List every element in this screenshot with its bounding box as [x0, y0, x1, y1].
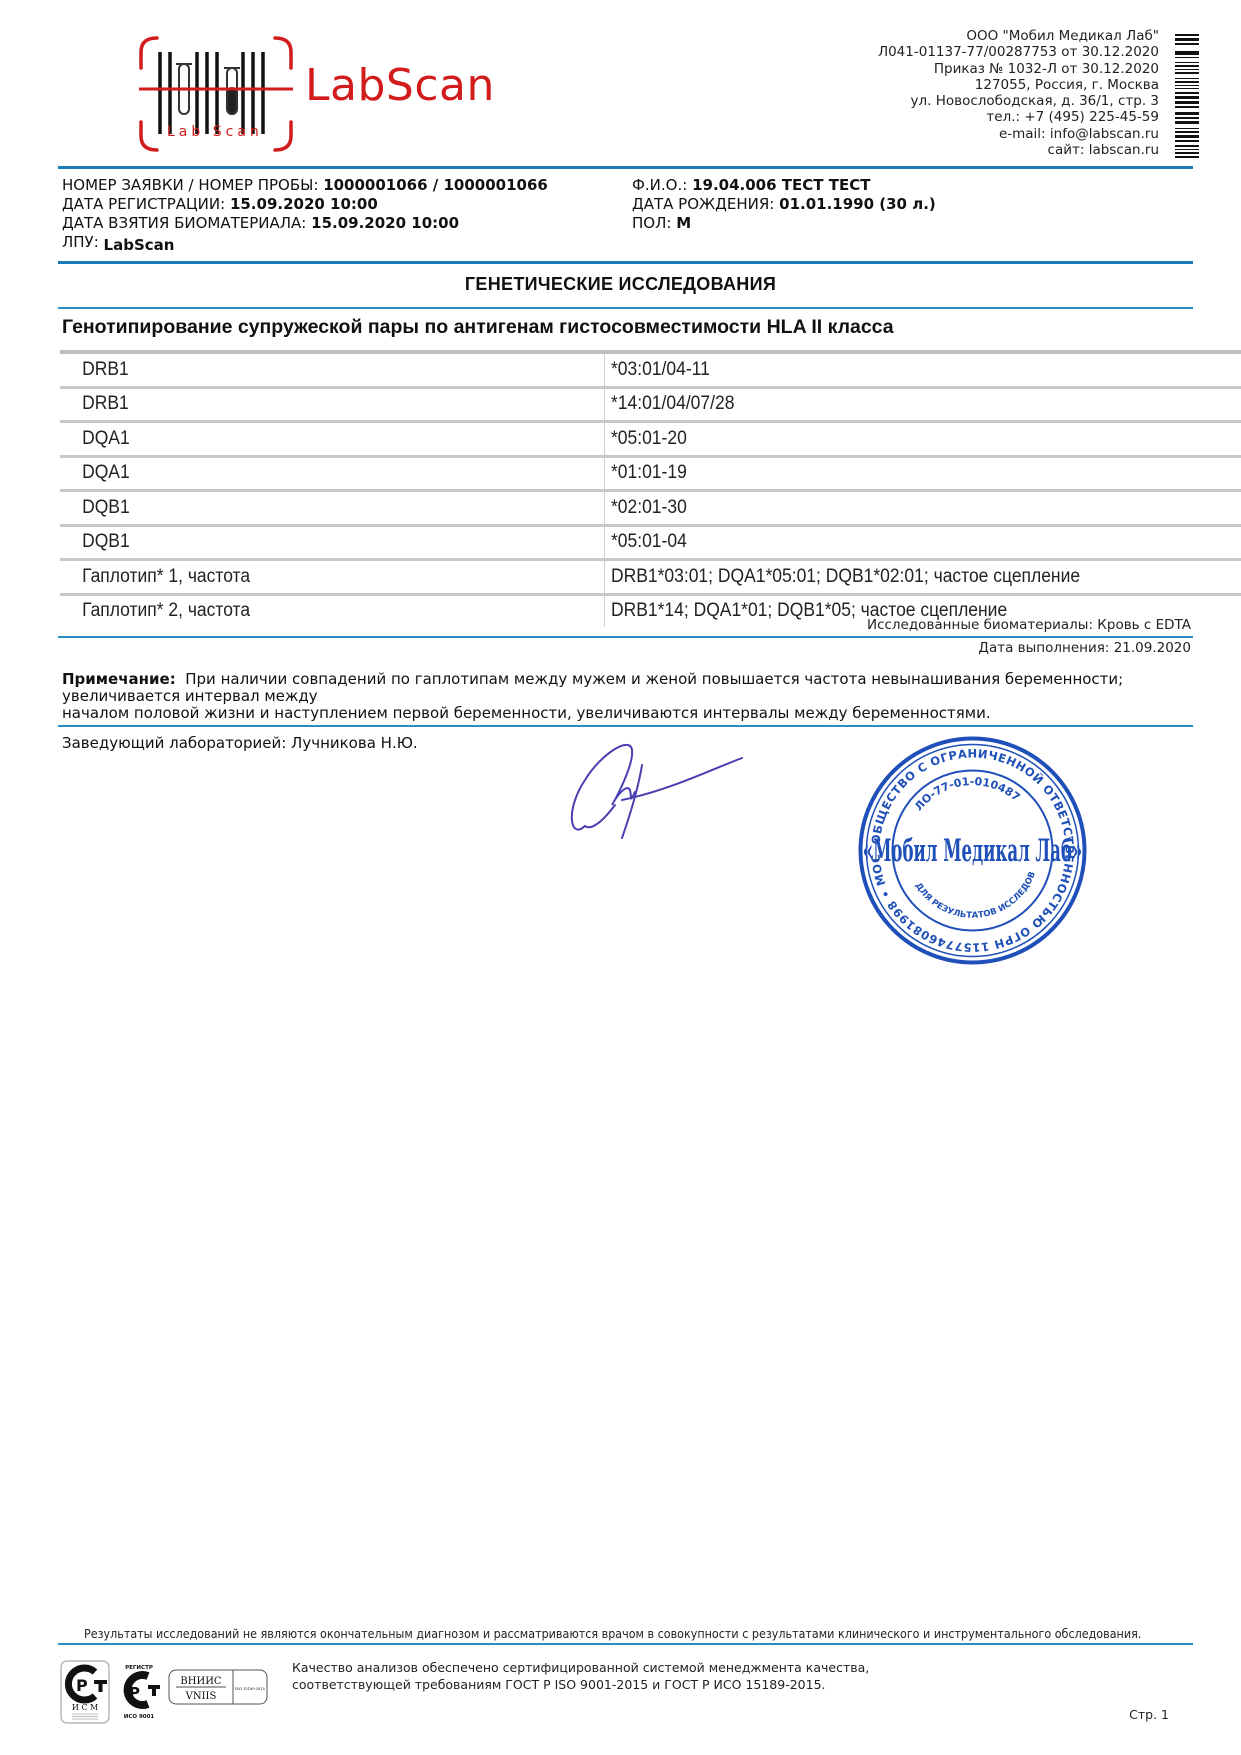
allele-cell: DRB1*03:01; DQA1*05:01; DQB1*02:01; част…: [605, 560, 1191, 595]
disclaimer: Результаты исследований не являются окон…: [84, 1627, 1141, 1641]
section-divider: [58, 307, 1193, 309]
svg-text:ИСО 9001: ИСО 9001: [124, 1714, 155, 1720]
order-number-value: 1000001066 / 1000001066: [323, 176, 548, 194]
logo-brand-text: LabScan: [305, 60, 495, 111]
svg-text:ВНИИС: ВНИИС: [180, 1676, 222, 1687]
results-table: DRB1*03:01/04-11DRB1*14:01/04/07/28DQA1*…: [60, 350, 1241, 627]
rst-certificate-icon: P И С М: [60, 1660, 110, 1724]
patient-name-label: Ф.И.О.:: [632, 176, 687, 194]
company-city: 127055, Россия, г. Москва: [878, 77, 1159, 93]
company-website: сайт: labscan.ru: [878, 142, 1159, 158]
svg-text:«Мобил Медикал Лаб»: «Мобил Медикал Лаб»: [863, 833, 1083, 869]
company-email: e-mail: info@labscan.ru: [878, 126, 1159, 142]
table-row: DQA1*05:01-20: [60, 422, 1241, 457]
patient-info: Ф.И.О.: 19.04.006 ТЕСТ ТЕСТ ДАТА РОЖДЕНИ…: [632, 176, 936, 233]
quality-line-1: Качество анализов обеспечено сертифициро…: [292, 1659, 869, 1676]
sex-value: М: [676, 214, 691, 232]
signature-icon: [560, 730, 790, 880]
barcode-icon: [1175, 34, 1199, 160]
company-phone: тел.: +7 (495) 225-45-59: [878, 109, 1159, 125]
table-row: DQB1*05:01-04: [60, 525, 1241, 560]
note-label: Примечание:: [62, 670, 176, 688]
quality-statement: Качество анализов обеспечено сертифициро…: [292, 1659, 869, 1693]
note-divider: [58, 725, 1193, 727]
locus-cell: DQB1: [60, 491, 561, 526]
allele-cell: *05:01-04: [605, 525, 1191, 560]
section-title: ГЕНЕТИЧЕСКИЕ ИССЛЕДОВАНИЯ: [0, 274, 1241, 295]
svg-text:ЛО-77-01-010487: ЛО-77-01-010487: [912, 775, 1022, 813]
sample-date-label: ДАТА ВЗЯТИЯ БИОМАТЕРИАЛА:: [62, 214, 306, 232]
head-of-lab: Заведующий лабораторией: Лучникова Н.Ю.: [62, 734, 418, 752]
execution-date: Дата выполнения: 21.09.2020: [978, 640, 1191, 656]
order-number-label: НОМЕР ЗАЯВКИ / НОМЕР ПРОБЫ:: [62, 176, 318, 194]
barcode-testtube-icon: Lab Scan: [135, 30, 305, 155]
locus-cell: DQA1: [60, 456, 561, 491]
allele-cell: *05:01-20: [605, 422, 1191, 457]
note: Примечание: При наличии совпадений по га…: [62, 671, 1202, 722]
labscan-logo: Lab Scan LabScan: [135, 30, 505, 155]
sex-label: ПОЛ:: [632, 214, 671, 232]
table-row: DQB1*02:01-30: [60, 491, 1241, 526]
company-name: ООО "Мобил Медикал Лаб": [878, 28, 1159, 44]
allele-cell: *01:01-19: [605, 456, 1191, 491]
birth-date-value: 01.01.1990 (30 л.): [779, 195, 936, 213]
results-divider: [58, 636, 1193, 638]
registration-date-label: ДАТА РЕГИСТРАЦИИ:: [62, 195, 225, 213]
page-number: Стр. 1: [1129, 1707, 1169, 1722]
rst-registry-icon: РЕГИСТР P ИСО 9001: [115, 1660, 163, 1724]
table-row: DQA1*01:01-19: [60, 456, 1241, 491]
allele-cell: *02:01-30: [605, 491, 1191, 526]
locus-cell: DRB1: [60, 352, 561, 387]
registration-date-value: 15.09.2020 10:00: [230, 195, 378, 213]
company-license: Л041-01137-77/00287753 от 30.12.2020: [878, 44, 1159, 60]
locus-cell: Гаплотип* 1, частота: [60, 560, 561, 595]
company-street: ул. Новослободская, д. 36/1, стр. 3: [878, 93, 1159, 109]
table-row: Гаплотип* 1, частотаDRB1*03:01; DQA1*05:…: [60, 560, 1241, 595]
locus-cell: DQB1: [60, 525, 561, 560]
table-row: DRB1*14:01/04/07/28: [60, 387, 1241, 422]
svg-text:РЕГИСТР: РЕГИСТР: [125, 1665, 153, 1671]
note-line-1: При наличии совпадений по гаплотипам меж…: [185, 670, 1123, 688]
note-line-3: началом половой жизни и наступлением пер…: [62, 705, 1202, 722]
company-order: Приказ № 1032-Л от 30.12.2020: [878, 61, 1159, 77]
locus-cell: DRB1: [60, 387, 561, 422]
locus-cell: DQA1: [60, 422, 561, 457]
sample-date-value: 15.09.2020 10:00: [311, 214, 459, 232]
info-divider: [58, 261, 1193, 264]
order-info: НОМЕР ЗАЯВКИ / НОМЕР ПРОБЫ: 1000001066 /…: [62, 176, 548, 252]
organization-stamp-icon: ОБЩЕСТВО С ОГРАНИЧЕННОЙ ОТВЕТСТВЕННОСТЬЮ…: [855, 733, 1090, 968]
svg-text:Lab Scan: Lab Scan: [167, 124, 263, 140]
allele-cell: *03:01/04-11: [605, 352, 1191, 387]
table-row: DRB1*03:01/04-11: [60, 352, 1241, 387]
lpu-value: LabScan: [104, 236, 175, 254]
locus-cell: Гаплотип* 2, частота: [60, 594, 561, 627]
biomaterial-info: Исследованные биоматериалы: Кровь с EDTA: [867, 617, 1191, 633]
header-divider: [58, 166, 1193, 169]
svg-text:VNIIS: VNIIS: [185, 1691, 217, 1702]
svg-text:P: P: [76, 1676, 88, 1695]
patient-name-value: 19.04.006 ТЕСТ ТЕСТ: [692, 176, 870, 194]
svg-text:И С М: И С М: [72, 1703, 98, 1712]
lpu-label: ЛПУ:: [62, 233, 99, 251]
svg-text:ISO 15189:2015: ISO 15189:2015: [235, 1687, 265, 1691]
allele-cell: *14:01/04/07/28: [605, 387, 1191, 422]
company-details: ООО "Мобил Медикал Лаб" Л041-01137-77/00…: [878, 28, 1159, 158]
svg-text:P: P: [129, 1684, 140, 1702]
footer-divider: [58, 1643, 1193, 1645]
birth-date-label: ДАТА РОЖДЕНИЯ:: [632, 195, 774, 213]
vniis-certificate-icon: ВНИИС VNIIS ISO 15189:2015: [168, 1660, 268, 1706]
note-line-2: увеличивается интервал между: [62, 688, 1202, 705]
quality-line-2: соответствующей требованиям ГОСТ Р ISO 9…: [292, 1676, 869, 1693]
test-title: Генотипирование супружеской пары по анти…: [62, 316, 894, 339]
